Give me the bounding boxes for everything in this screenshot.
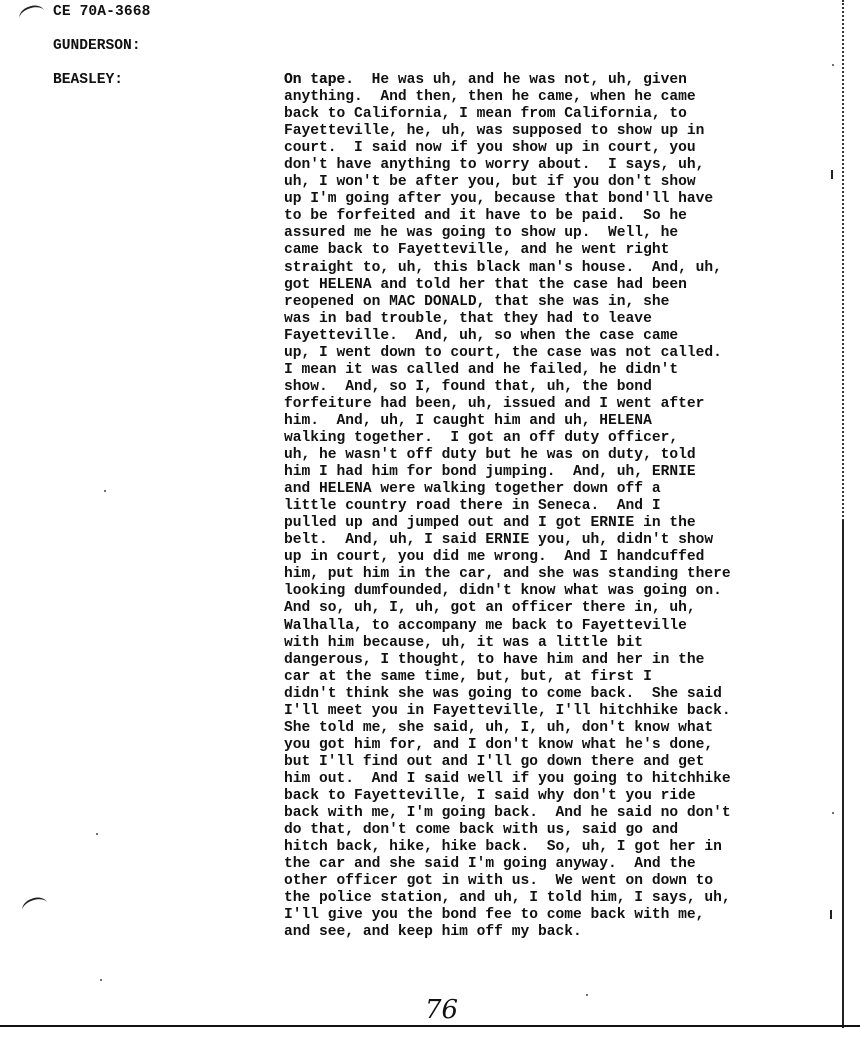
speech-line: didn't think she was going to come back.…: [284, 686, 731, 703]
speech-line: walking together. I got an off duty offi…: [284, 430, 731, 447]
speech-line: uh, I won't be after you, but if you don…: [284, 174, 731, 191]
speech-line: reopened on MAC DONALD, that she was in,…: [284, 294, 731, 311]
speech-line: belt. And, uh, I said ERNIE you, uh, did…: [284, 532, 731, 549]
speech-line: don't have anything to worry about. I sa…: [284, 157, 731, 174]
speech-line: back to California, I mean from Californ…: [284, 106, 731, 123]
scan-speck: [96, 833, 98, 835]
speech-line: uh, he wasn't off duty but he was on dut…: [284, 447, 731, 464]
speech-line: up I'm going after you, because that bon…: [284, 191, 731, 208]
right-margin-border: [842, 520, 844, 1028]
speech-line: And so, uh, I, uh, got an officer there …: [284, 600, 731, 617]
speech-line: assured me he was going to show up. Well…: [284, 225, 731, 242]
speech-line: him out. And I said well if you going to…: [284, 771, 731, 788]
speech-line: Fayetteville. And, uh, so when the case …: [284, 328, 731, 345]
speech-line: pulled up and jumped out and I got ERNIE…: [284, 515, 731, 532]
scan-speck: [586, 994, 588, 996]
speech-line: court. I said now if you show up in cour…: [284, 140, 731, 157]
speech-line: dangerous, I thought, to have him and he…: [284, 652, 731, 669]
speech-line: got HELENA and told her that the case ha…: [284, 277, 731, 294]
binder-hole-mark-top: [17, 2, 47, 27]
speech-line: and see, and keep him off my back.: [284, 924, 731, 941]
speech-line: the police station, and uh, I told him, …: [284, 890, 731, 907]
speech-line: other officer got in with us. We went on…: [284, 873, 731, 890]
speech-line: Fayetteville, he, uh, was supposed to sh…: [284, 123, 731, 140]
document-id: CE 70A-3668: [53, 4, 150, 20]
speech-line: show. And, so I, found that, uh, the bon…: [284, 379, 731, 396]
speech-line: and HELENA were walking together down of…: [284, 481, 731, 498]
speech-line: the car and she said I'm going anyway. A…: [284, 856, 731, 873]
speech-line: up, I went down to court, the case was n…: [284, 345, 731, 362]
speech-line: but I'll find out and I'll go down there…: [284, 754, 731, 771]
scan-speck: [100, 979, 102, 981]
speech-line: car at the same time, but, but, at first…: [284, 669, 731, 686]
binder-hole-mark-bottom: [20, 894, 50, 919]
speech-line: to be forfeited and it have to be paid. …: [284, 208, 731, 225]
speech-line: forfeiture had been, uh, issued and I we…: [284, 396, 731, 413]
speaker-label-beasley: BEASLEY:: [53, 72, 123, 88]
speech-line: little country road there in Seneca. And…: [284, 498, 731, 515]
speech-line: him. And, uh, I caught him and uh, HELEN…: [284, 413, 731, 430]
scan-speck: [832, 64, 834, 66]
speaker-label-gunderson: GUNDERSON:: [53, 38, 141, 54]
scan-speck: [832, 812, 834, 814]
margin-tick: [831, 170, 833, 179]
speech-line: back with me, I'm going back. And he sai…: [284, 805, 731, 822]
speech-line: I'll give you the bond fee to come back …: [284, 907, 731, 924]
speech-line: him, put him in the car, and she was sta…: [284, 566, 731, 583]
transcript-page: CE 70A-3668 GUNDERSON: On tape. BEASLEY:…: [0, 0, 860, 1044]
speech-line: hitch back, hike, hike back. So, uh, I g…: [284, 839, 731, 856]
speech-line: up in court, you did me wrong. And I han…: [284, 549, 731, 566]
speech-line: looking dumfounded, didn't know what was…: [284, 583, 731, 600]
speech-line: him I had him for bond jumping. And, uh,…: [284, 464, 731, 481]
speech-line: She told me, she said, uh, I, uh, don't …: [284, 720, 731, 737]
bottom-rule: [0, 1025, 860, 1027]
speech-line: came back to Fayetteville, and he went r…: [284, 242, 731, 259]
speech-line: I mean it was called and he failed, he d…: [284, 362, 731, 379]
scan-speck: [104, 490, 106, 492]
speech-line: do that, don't come back with us, said g…: [284, 822, 731, 839]
speech-line: was in bad trouble, that they had to lea…: [284, 311, 731, 328]
speech-line: back to Fayetteville, I said why don't y…: [284, 788, 731, 805]
handwritten-page-number: 76: [425, 995, 458, 1025]
speech-line: Walhalla, to accompany me back to Fayett…: [284, 618, 731, 635]
speech-beasley: On tape. He was uh, and he was not, uh, …: [284, 72, 731, 941]
speech-line: I'll meet you in Fayetteville, I'll hitc…: [284, 703, 731, 720]
speech-line: On tape. He was uh, and he was not, uh, …: [284, 72, 731, 89]
speech-line: you got him for, and I don't know what h…: [284, 737, 731, 754]
speech-line: with him because, uh, it was a little bi…: [284, 635, 731, 652]
margin-tick: [830, 910, 832, 919]
speech-line: straight to, uh, this black man's house.…: [284, 260, 731, 277]
speech-line: anything. And then, then he came, when h…: [284, 89, 731, 106]
